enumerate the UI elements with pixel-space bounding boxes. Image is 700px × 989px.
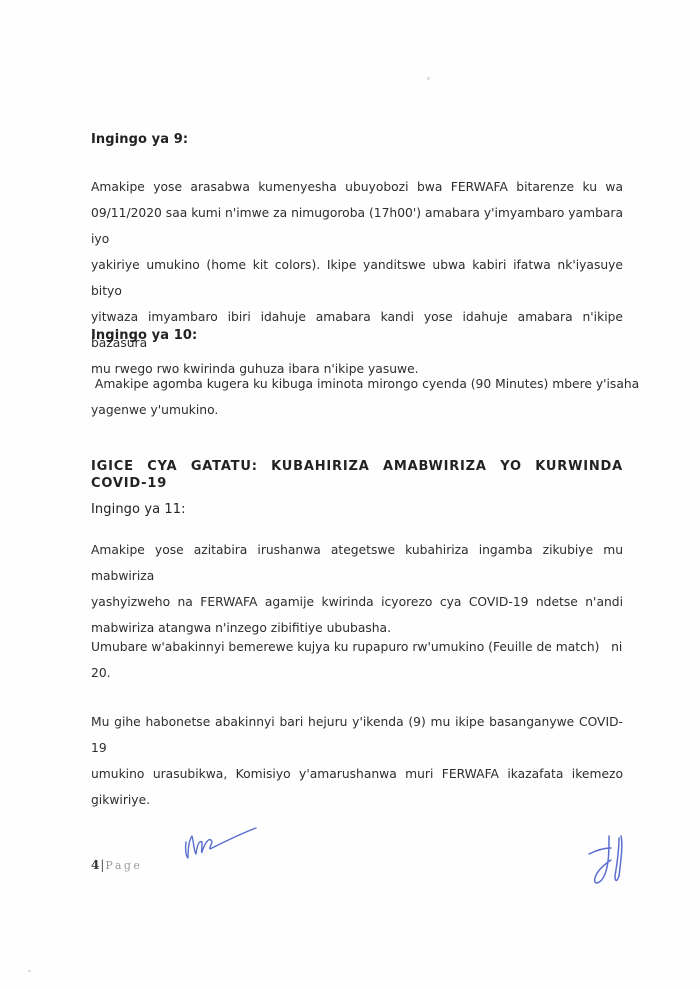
- signature-initials-right: [585, 830, 635, 890]
- section-title-line: COVID-19: [91, 475, 623, 492]
- article-11-paragraph-2: Umubare w'abakinnyi bemerewe kujya ku ru…: [91, 634, 623, 686]
- document-page: Ingingo ya 9: Amakipe yose arasabwa kume…: [0, 0, 700, 989]
- article-11-paragraph-3: Mu gihe habonetse abakinnyi bari hejuru …: [91, 709, 623, 813]
- page-footer: 4|Page: [91, 858, 142, 872]
- paragraph-line: yakiriye umukino (home kit colors). Ikip…: [91, 252, 623, 304]
- page-number: 4: [91, 858, 99, 872]
- paragraph-line: gikwiriye.: [91, 787, 623, 813]
- signature-initials-left: [180, 822, 260, 862]
- paragraph-line: Amakipe agomba kugera ku kibuga iminota …: [91, 371, 623, 397]
- scan-speck: [427, 77, 430, 80]
- article-11-heading: Ingingo ya 11:: [91, 502, 186, 517]
- article-10-paragraph: Amakipe agomba kugera ku kibuga iminota …: [91, 371, 623, 423]
- section-title-line: IGICE CYA GATATU: KUBAHIRIZA AMABWIRIZA …: [91, 458, 623, 475]
- paragraph-line: 09/11/2020 saa kumi n'imwe za nimugoroba…: [91, 200, 623, 252]
- article-11-paragraph-1: Amakipe yose azitabira irushanwa ategets…: [91, 537, 623, 641]
- paragraph-line: 20.: [91, 660, 623, 686]
- paragraph-line: Umubare w'abakinnyi bemerewe kujya ku ru…: [91, 634, 623, 660]
- page-separator: |: [100, 858, 104, 872]
- paragraph-line: yagenwe y'umukino.: [91, 397, 623, 423]
- page-label: Page: [105, 859, 142, 872]
- paragraph-line: Mu gihe habonetse abakinnyi bari hejuru …: [91, 709, 623, 761]
- paragraph-line: Amakipe yose azitabira irushanwa ategets…: [91, 537, 623, 589]
- paragraph-line: Amakipe yose arasabwa kumenyesha ubuyobo…: [91, 174, 623, 200]
- section-title: IGICE CYA GATATU: KUBAHIRIZA AMABWIRIZA …: [91, 458, 623, 492]
- article-10-heading: Ingingo ya 10:: [91, 328, 197, 343]
- article-9-paragraph: Amakipe yose arasabwa kumenyesha ubuyobo…: [91, 174, 623, 382]
- paragraph-line: yashyizweho na FERWAFA agamije kwirinda …: [91, 589, 623, 615]
- paragraph-line: umukino urasubikwa, Komisiyo y'amarushan…: [91, 761, 623, 787]
- scan-speck: [28, 970, 31, 972]
- article-9-heading: Ingingo ya 9:: [91, 132, 188, 147]
